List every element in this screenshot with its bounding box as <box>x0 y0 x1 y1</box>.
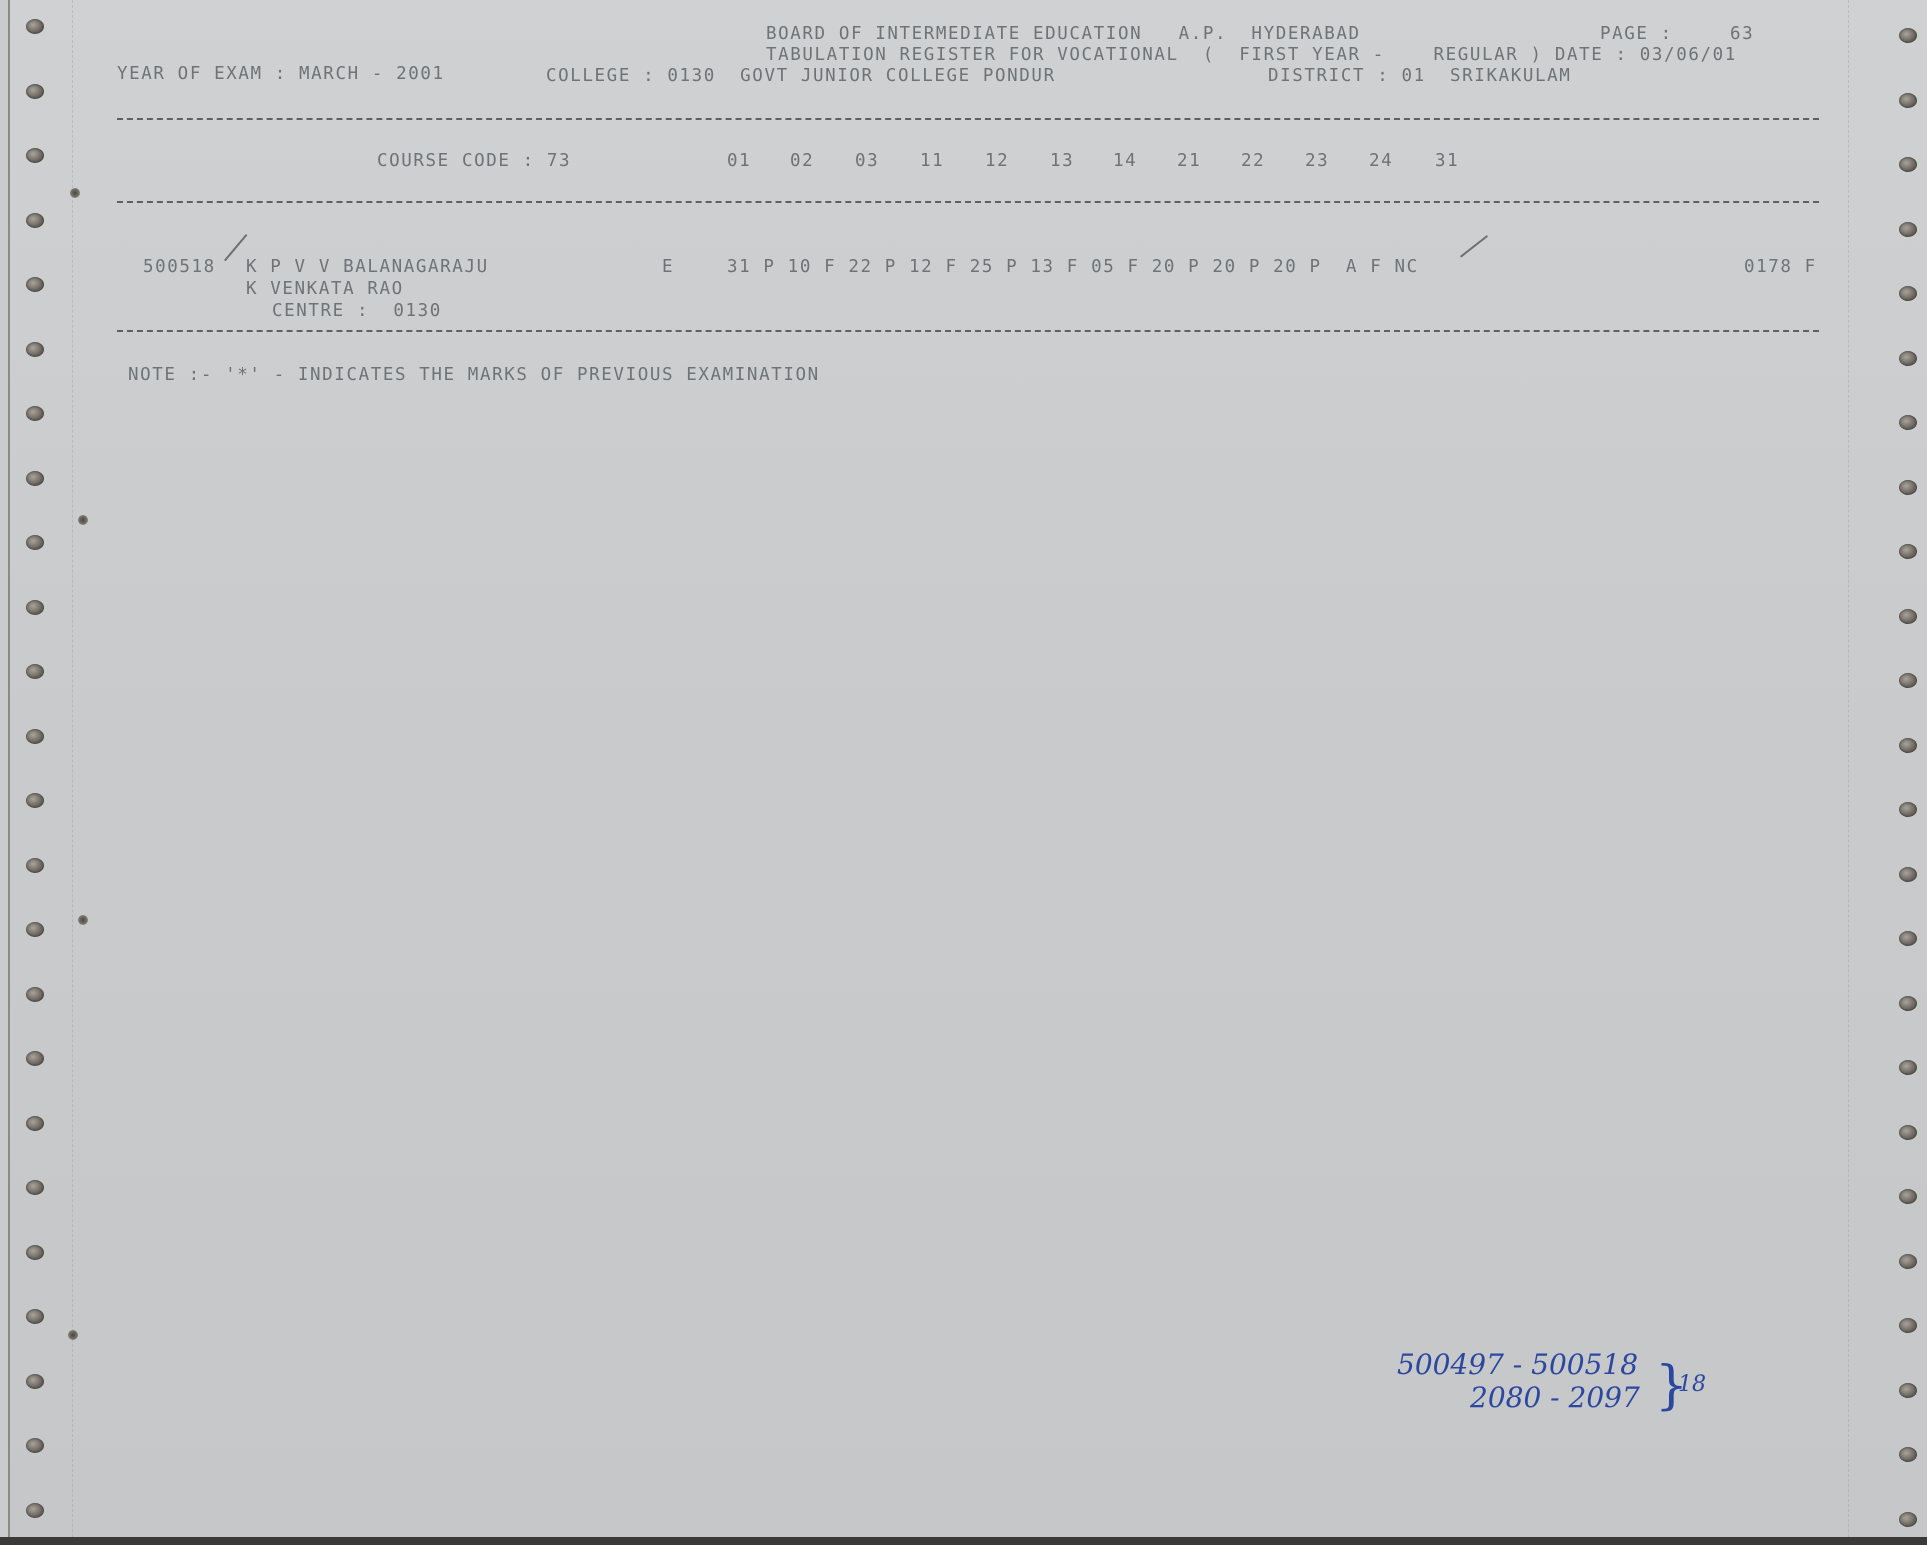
sprocket-hole <box>26 213 44 228</box>
sprocket-hole <box>26 664 44 679</box>
sprocket-hole <box>26 922 44 937</box>
subject-code: 13 <box>1050 151 1074 171</box>
sprocket-hole <box>1899 1125 1917 1140</box>
tabulation-register-sheet <box>8 0 1927 1537</box>
district-info: DISTRICT : 01 SRIKAKULAM <box>1268 66 1571 86</box>
subject-code: 24 <box>1369 151 1393 171</box>
handwritten-range-2: 2080 - 2097 <box>1470 1383 1640 1413</box>
subject-code: 31 <box>1435 151 1459 171</box>
centre-code: CENTRE : 0130 <box>272 301 442 321</box>
note: NOTE :- '*' - INDICATES THE MARKS OF PRE… <box>128 365 820 385</box>
subject-code: 12 <box>985 151 1009 171</box>
sprocket-hole <box>26 987 44 1002</box>
sprocket-hole <box>26 858 44 873</box>
year-of-exam: YEAR OF EXAM : MARCH - 2001 <box>117 64 445 84</box>
sprocket-hole <box>26 1245 44 1260</box>
sprocket-hole <box>1899 609 1917 624</box>
handwritten-count: 18 <box>1678 1370 1706 1400</box>
subject-code: 14 <box>1113 151 1137 171</box>
sprocket-hole <box>1899 996 1917 1011</box>
sprocket-hole <box>1899 157 1917 172</box>
medium: E <box>662 257 674 277</box>
sprocket-hole <box>26 1438 44 1453</box>
subject-code: 23 <box>1305 151 1329 171</box>
punch-mark <box>78 915 88 925</box>
sprocket-hole <box>1899 222 1917 237</box>
sprocket-hole <box>1899 28 1917 43</box>
sprocket-hole <box>1899 1512 1917 1527</box>
hall-ticket-number: 500518 <box>143 257 216 277</box>
sprocket-hole <box>1899 93 1917 108</box>
subject-code: 11 <box>920 151 944 171</box>
subject-code: 21 <box>1177 151 1201 171</box>
sprocket-hole <box>1899 931 1917 946</box>
dashed-rule <box>117 330 1819 332</box>
sprocket-hole <box>26 1503 44 1518</box>
father-name: K VENKATA RAO <box>246 279 404 299</box>
sprocket-hole <box>26 793 44 808</box>
sprocket-hole <box>1899 286 1917 301</box>
perforation-line-left <box>72 0 74 1537</box>
sprocket-hole <box>26 1051 44 1066</box>
sprocket-hole <box>26 19 44 34</box>
sprocket-hole <box>1899 1189 1917 1204</box>
page-number: 63 <box>1730 24 1754 44</box>
sprocket-hole <box>26 471 44 486</box>
board-title: BOARD OF INTERMEDIATE EDUCATION A.P. HYD… <box>766 24 1361 44</box>
sprocket-hole <box>1899 1383 1917 1398</box>
sprocket-hole <box>26 1116 44 1131</box>
sprocket-hole <box>26 1180 44 1195</box>
punch-mark <box>78 515 88 525</box>
sprocket-hole <box>26 277 44 292</box>
sprocket-hole <box>1899 480 1917 495</box>
sprocket-hole <box>26 342 44 357</box>
perforation-line-right <box>1848 0 1850 1537</box>
subject-code: 03 <box>855 151 879 171</box>
dashed-rule <box>117 118 1819 120</box>
college-info: COLLEGE : 0130 GOVT JUNIOR COLLEGE PONDU… <box>546 66 1056 86</box>
sprocket-hole <box>1899 351 1917 366</box>
page-label: PAGE : <box>1600 24 1673 44</box>
sprocket-hole <box>26 148 44 163</box>
course-code: COURSE CODE : 73 <box>377 151 571 171</box>
subject-marks: 31 P 10 F 22 P 12 F 25 P 13 F 05 F 20 P … <box>727 257 1419 277</box>
dashed-rule <box>117 201 1819 203</box>
sprocket-hole <box>1899 802 1917 817</box>
sprocket-hole <box>26 1309 44 1324</box>
sprocket-hole <box>1899 738 1917 753</box>
sprocket-hole <box>1899 867 1917 882</box>
sprocket-hole <box>1899 1318 1917 1333</box>
sprocket-hole <box>26 1374 44 1389</box>
subject-code: 01 <box>727 151 751 171</box>
register-title: TABULATION REGISTER FOR VOCATIONAL ( FIR… <box>766 45 1737 65</box>
punch-mark <box>68 1330 78 1340</box>
subject-code: 22 <box>1241 151 1265 171</box>
sprocket-hole <box>1899 544 1917 559</box>
sprocket-hole <box>26 729 44 744</box>
sprocket-hole <box>1899 415 1917 430</box>
student-name: K P V V BALANAGARAJU <box>246 257 489 277</box>
sprocket-hole <box>26 535 44 550</box>
sprocket-hole <box>26 84 44 99</box>
sprocket-hole <box>26 406 44 421</box>
handwritten-range-1: 500497 - 500518 <box>1397 1350 1638 1380</box>
sprocket-hole <box>1899 1060 1917 1075</box>
sprocket-hole <box>26 600 44 615</box>
table-edge <box>0 1537 1927 1545</box>
sprocket-hole <box>1899 1447 1917 1462</box>
punch-mark <box>70 188 80 198</box>
sprocket-hole <box>1899 673 1917 688</box>
total-result: 0178 F <box>1744 257 1817 277</box>
subject-code: 02 <box>790 151 814 171</box>
sprocket-hole <box>1899 1254 1917 1269</box>
